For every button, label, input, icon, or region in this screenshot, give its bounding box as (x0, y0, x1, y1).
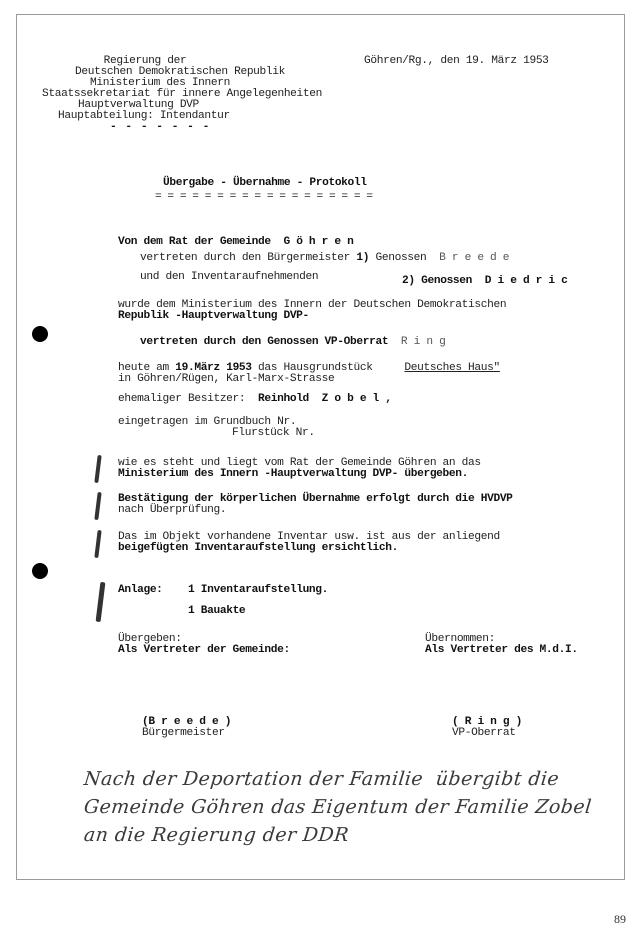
letterhead-separator: - - - - - - - (110, 122, 210, 133)
property-name: Deutsches Haus" (404, 362, 499, 374)
paragraph-2-line-2: nach Überprüfung. (118, 505, 226, 516)
signature-left-title: Bürgermeister (142, 728, 225, 739)
document-page-frame (16, 14, 625, 880)
handed-over-role: Als Vertreter der Gemeinde: (118, 645, 290, 656)
ministry-rep-label: vertreten durch den Genossen VP-Oberrat (140, 336, 388, 348)
document-title: Übergabe - Übernahme - Protokoll (163, 178, 367, 189)
former-owner-label: ehemaliger Besitzer: (118, 393, 245, 405)
punch-hole-icon (32, 563, 48, 579)
attachment-name: Inventaraufstellung. (201, 584, 328, 596)
inventory-line: und den Inventaraufnehmenden (140, 272, 318, 283)
represented-by-line: vertreten durch den Bürgermeister 1) Gen… (140, 253, 509, 264)
address-line: in Göhren/Rügen, Karl-Marx-Strasse (118, 374, 334, 385)
handwritten-note-line: an die Regierung der DDR (83, 824, 350, 847)
rep2-number: 2) (402, 275, 415, 287)
taken-over-role: Als Vertreter des M.d.I. (425, 645, 578, 656)
attachment-count: 1 (188, 605, 194, 617)
from-place: G ö h r e n (283, 236, 353, 248)
rep2-title: Genossen (421, 275, 472, 287)
from-line-label: Von dem Rat der Gemeinde (118, 236, 271, 248)
ministry-line-2: Republik -Hauptverwaltung DVP- (118, 311, 309, 322)
paragraph-1-line-2: Ministerium des Innern -Hauptverwaltung … (118, 469, 468, 480)
former-owner-name: Reinhold Z o b e l , (258, 393, 392, 405)
paragraph-3-line-2: beigefügten Inventaraufstellung ersichtl… (118, 543, 398, 554)
punch-hole-icon (32, 326, 48, 342)
attachment-item: 1 Inventaraufstellung. (188, 585, 328, 596)
from-line: Von dem Rat der Gemeinde G ö h r e n (118, 237, 353, 248)
ministry-rep-name: R i n g (401, 336, 446, 348)
ministry-rep-line: vertreten durch den Genossen VP-Oberrat … (140, 337, 445, 348)
handwritten-note-line: Nach der Deportation der Familie übergib… (83, 768, 560, 791)
attachment-item: 1 Bauakte (188, 606, 245, 617)
rep2-line: 2) Genossen D i e d r i c (402, 276, 568, 287)
represented-by-label: vertreten durch den Bürgermeister (140, 252, 350, 264)
rep2-name: D i e d r i c (485, 275, 568, 287)
page-number: 89 (614, 912, 626, 927)
place-date: Göhren/Rg., den 19. März 1953 (364, 56, 549, 67)
title-underline: = = = = = = = = = = = = = = = = = = (155, 192, 372, 203)
attachment-count: 1 (188, 584, 194, 596)
attachments-label: Anlage: (118, 585, 163, 596)
former-owner-line: ehemaliger Besitzer: Reinhold Z o b e l … (118, 394, 392, 405)
handwritten-note-line: Gemeinde Göhren das Eigentum der Familie… (83, 796, 593, 819)
parcel-line: Flurstück Nr. (232, 428, 315, 439)
signature-right-title: VP-Oberrat (452, 728, 516, 739)
rep1-title: Genossen (375, 252, 426, 264)
rep1-number: 1) (356, 252, 369, 264)
attachment-name: Bauakte (201, 605, 246, 617)
rep1-name: B r e e d e (439, 252, 509, 264)
